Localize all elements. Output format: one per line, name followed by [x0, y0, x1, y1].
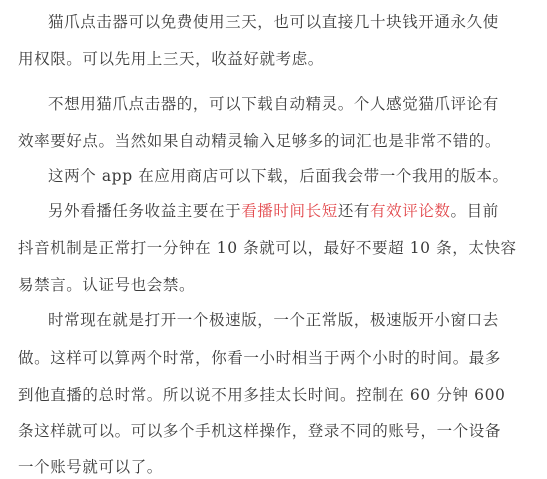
paragraph-4-line-2: 抖音机制是正常打一分钟在 10 条就可以，最好不要超 10 条，太快容 [18, 238, 517, 258]
paragraph-4-line-3: 易禁言。认证号也会禁。 [18, 275, 195, 295]
text-segment: 。目前 [451, 202, 499, 220]
paragraph-5-line-3: 到他直播的总时常。所以说不用多挂太长时间。控制在 60 分钟 600 [18, 385, 506, 405]
paragraph-2-line-1: 不想用猫爪点击器的，可以下载自动精灵。个人感觉猫爪评论有 [48, 94, 499, 114]
text-segment: 还有 [338, 202, 370, 220]
paragraph-1-line-1: 猫爪点击器可以免费使用三天，也可以直接几十块钱开通永久使 [48, 12, 499, 32]
paragraph-2-line-2: 效率要好点。当然如果自动精灵输入足够多的词汇也是非常不错的。 [18, 131, 501, 151]
highlighted-text-valid-comments: 有效评论数 [370, 202, 451, 220]
paragraph-5-line-4: 条这样就可以。可以多个手机这样操作，登录不同的账号，一个设备 [18, 421, 501, 441]
paragraph-3-line-1: 这两个 app 在应用商店可以下载，后面我会带一个我用的版本。 [48, 166, 509, 186]
paragraph-5-line-2: 做。这样可以算两个时常，你看一小时相当于两个小时的时间。最多 [18, 348, 501, 368]
paragraph-1-line-2: 用权限。可以先用上三天，收益好就考虑。 [18, 49, 324, 69]
text-segment: 另外看播任务收益主要在于 [48, 202, 241, 220]
document-page: 猫爪点击器可以免费使用三天，也可以直接几十块钱开通永久使 用权限。可以先用上三天… [0, 0, 547, 479]
paragraph-5-line-5: 一个账号就可以了。 [18, 457, 163, 477]
paragraph-4-line-1: 另外看播任务收益主要在于看播时间长短还有有效评论数。目前 [48, 201, 499, 221]
paragraph-5-line-1: 时常现在就是打开一个极速版，一个正常版，极速版开小窗口去 [48, 310, 499, 330]
highlighted-text-watch-duration: 看播时间长短 [241, 202, 338, 220]
